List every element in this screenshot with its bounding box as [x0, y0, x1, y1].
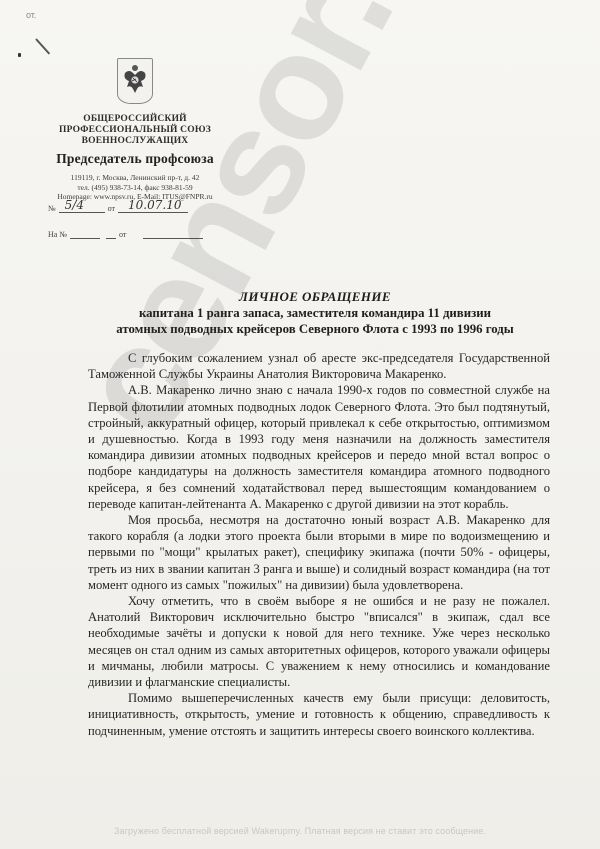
number-field: 5/4 — [59, 200, 105, 213]
incoming-reference: На № от — [48, 226, 206, 239]
title-subtitle-line2: атомных подводных крейсеров Северного Фл… — [80, 321, 550, 337]
letterhead: ОБЩЕРОССИЙСКИЙ ПРОФЕССИОНАЛЬНЫЙ СОЮЗ ВОЕ… — [40, 58, 230, 202]
reply-date-field — [143, 226, 203, 239]
reply-date-label: от — [119, 230, 126, 239]
phone: тел. (495) 938-73-14, факс 938-81-59 — [40, 183, 230, 193]
corner-mark-text: от. — [26, 10, 36, 20]
paragraph: А.В. Макаренко лично знаю с начала 1990-… — [88, 382, 550, 512]
number-label: № — [48, 204, 56, 213]
reply-blank — [106, 226, 116, 239]
letter-body: С глубоким сожалением узнал об аресте эк… — [88, 350, 550, 739]
number-value: 5/4 — [65, 198, 84, 212]
title-subtitle-line1: капитана 1 ранга запаса, заместителя ком… — [80, 305, 550, 321]
date-value: 10.07.10 — [128, 198, 181, 212]
pen-stroke-icon — [35, 38, 50, 54]
reply-number-field — [70, 226, 100, 239]
ink-dot-icon — [18, 53, 21, 57]
corner-handwritten-marks: от. — [14, 8, 54, 58]
document-page: от. ОБЩЕРОССИЙСКИЙ ПРОФЕССИОНАЛЬНЫЙ СОЮЗ… — [0, 0, 600, 849]
date-label: от — [108, 204, 115, 213]
organization-name: ОБЩЕРОССИЙСКИЙ ПРОФЕССИОНАЛЬНЫЙ СОЮЗ ВОЕ… — [40, 114, 230, 147]
double-headed-eagle-icon — [117, 58, 153, 104]
reply-number-label: На № — [48, 230, 67, 239]
footer-note: Загружено бесплатной версией Wakerupmy. … — [0, 826, 600, 836]
paragraph: Помимо вышеперечисленных качеств ему был… — [88, 690, 550, 739]
title-main: ЛИЧНОЕ ОБРАЩЕНИЕ — [80, 289, 550, 305]
address: 119119, г. Москва, Ленинский пр-т, д. 42 — [40, 173, 230, 183]
paragraph: Моя просьба, несмотря на достаточно юный… — [88, 512, 550, 593]
paragraph: С глубоким сожалением узнал об аресте эк… — [88, 350, 550, 382]
date-field: 10.07.10 — [118, 200, 188, 213]
document-title: ЛИЧНОЕ ОБРАЩЕНИЕ капитана 1 ранга запаса… — [80, 289, 550, 337]
chairman-title: Председатель профсоюза — [40, 151, 230, 167]
outgoing-reference: № 5/4 от 10.07.10 — [48, 200, 191, 213]
paragraph: Хочу отметить, что в своём выборе я не о… — [88, 593, 550, 690]
